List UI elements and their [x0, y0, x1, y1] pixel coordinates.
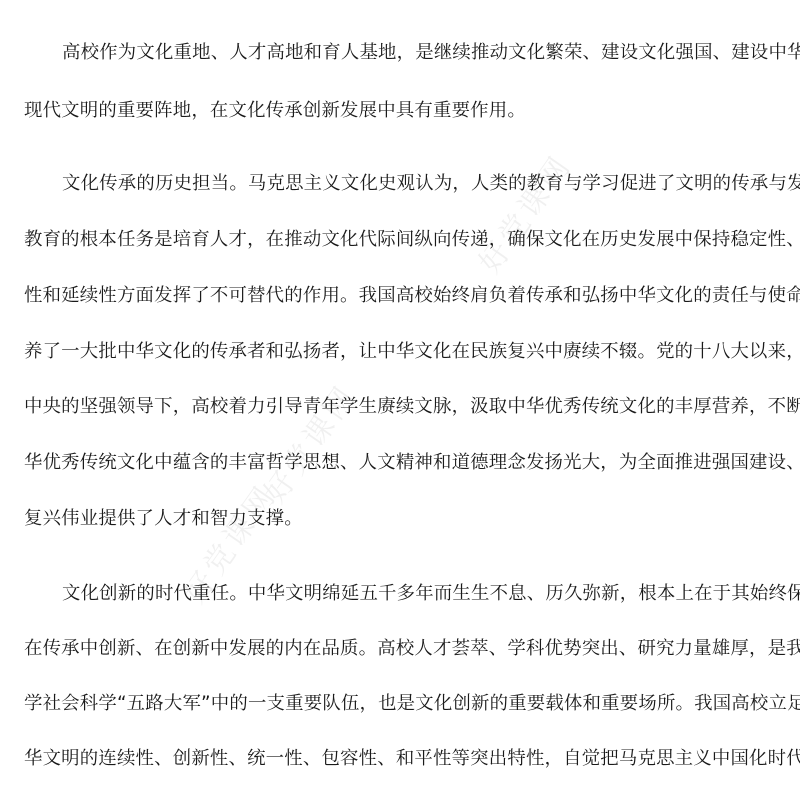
paragraph-3-line-4: 华文明的连续性、创新性、统一性、包容性、和平性等突出特性，自觉把马克思主义中国化…: [24, 747, 800, 771]
paragraph-3-line-2: 在传承中创新、在创新中发展的内在品质。高校人才荟萃、学科优势突出、研究力量雄厚，…: [24, 637, 800, 661]
paragraph-2-line-5: 中央的坚强领导下，高校着力引导青年学生赓续文脉，汲取中华优秀传统文化的丰厚营养，…: [24, 395, 800, 419]
document-page: 好党课网 好党课网 好党课网 高校作为文化重地、人才高地和育人基地，是继续推动文…: [0, 0, 800, 800]
paragraph-2-line-6: 华优秀传统文化中蕴含的丰富哲学思想、人文精神和道德理念发扬光大，为全面推进强国建…: [24, 451, 800, 475]
paragraph-2-line-3: 性和延续性方面发挥了不可替代的作用。我国高校始终肩负着传承和弘扬中华文化的责任与…: [24, 284, 800, 308]
paragraph-3-line-1: 文化创新的时代重任。中华文明绵延五千多年而生生不息、历久弥新，根本上在于其始终保…: [62, 582, 800, 606]
paragraph-1-line-1: 高校作为文化重地、人才高地和育人基地，是继续推动文化繁荣、建设文化强国、建设中华…: [62, 41, 800, 65]
paragraph-2-line-4: 养了一大批中华文化的传承者和弘扬者，让中华文化在民族复兴中赓续不辍。党的十八大以…: [24, 340, 800, 364]
paragraph-2-line-2: 教育的根本任务是培育人才，在推动文化代际间纵向传递，确保文化在历史发展中保持稳定…: [24, 228, 800, 252]
watermark: 好党课网: [466, 144, 580, 281]
paragraph-2-line-1: 文化传承的历史担当。马克思主义文化史观认为，人类的教育与学习促进了文明的传承与发…: [62, 172, 800, 196]
paragraph-3-line-3: 学社会科学“五路大军”中的一支重要队伍，也是文化创新的重要载体和重要场所。我国高…: [24, 692, 800, 716]
paragraph-1-line-2: 现代文明的重要阵地，在文化传承创新发展中具有重要作用。: [24, 99, 526, 123]
paragraph-2-line-7: 复兴伟业提供了人才和智力支撑。: [24, 507, 303, 531]
